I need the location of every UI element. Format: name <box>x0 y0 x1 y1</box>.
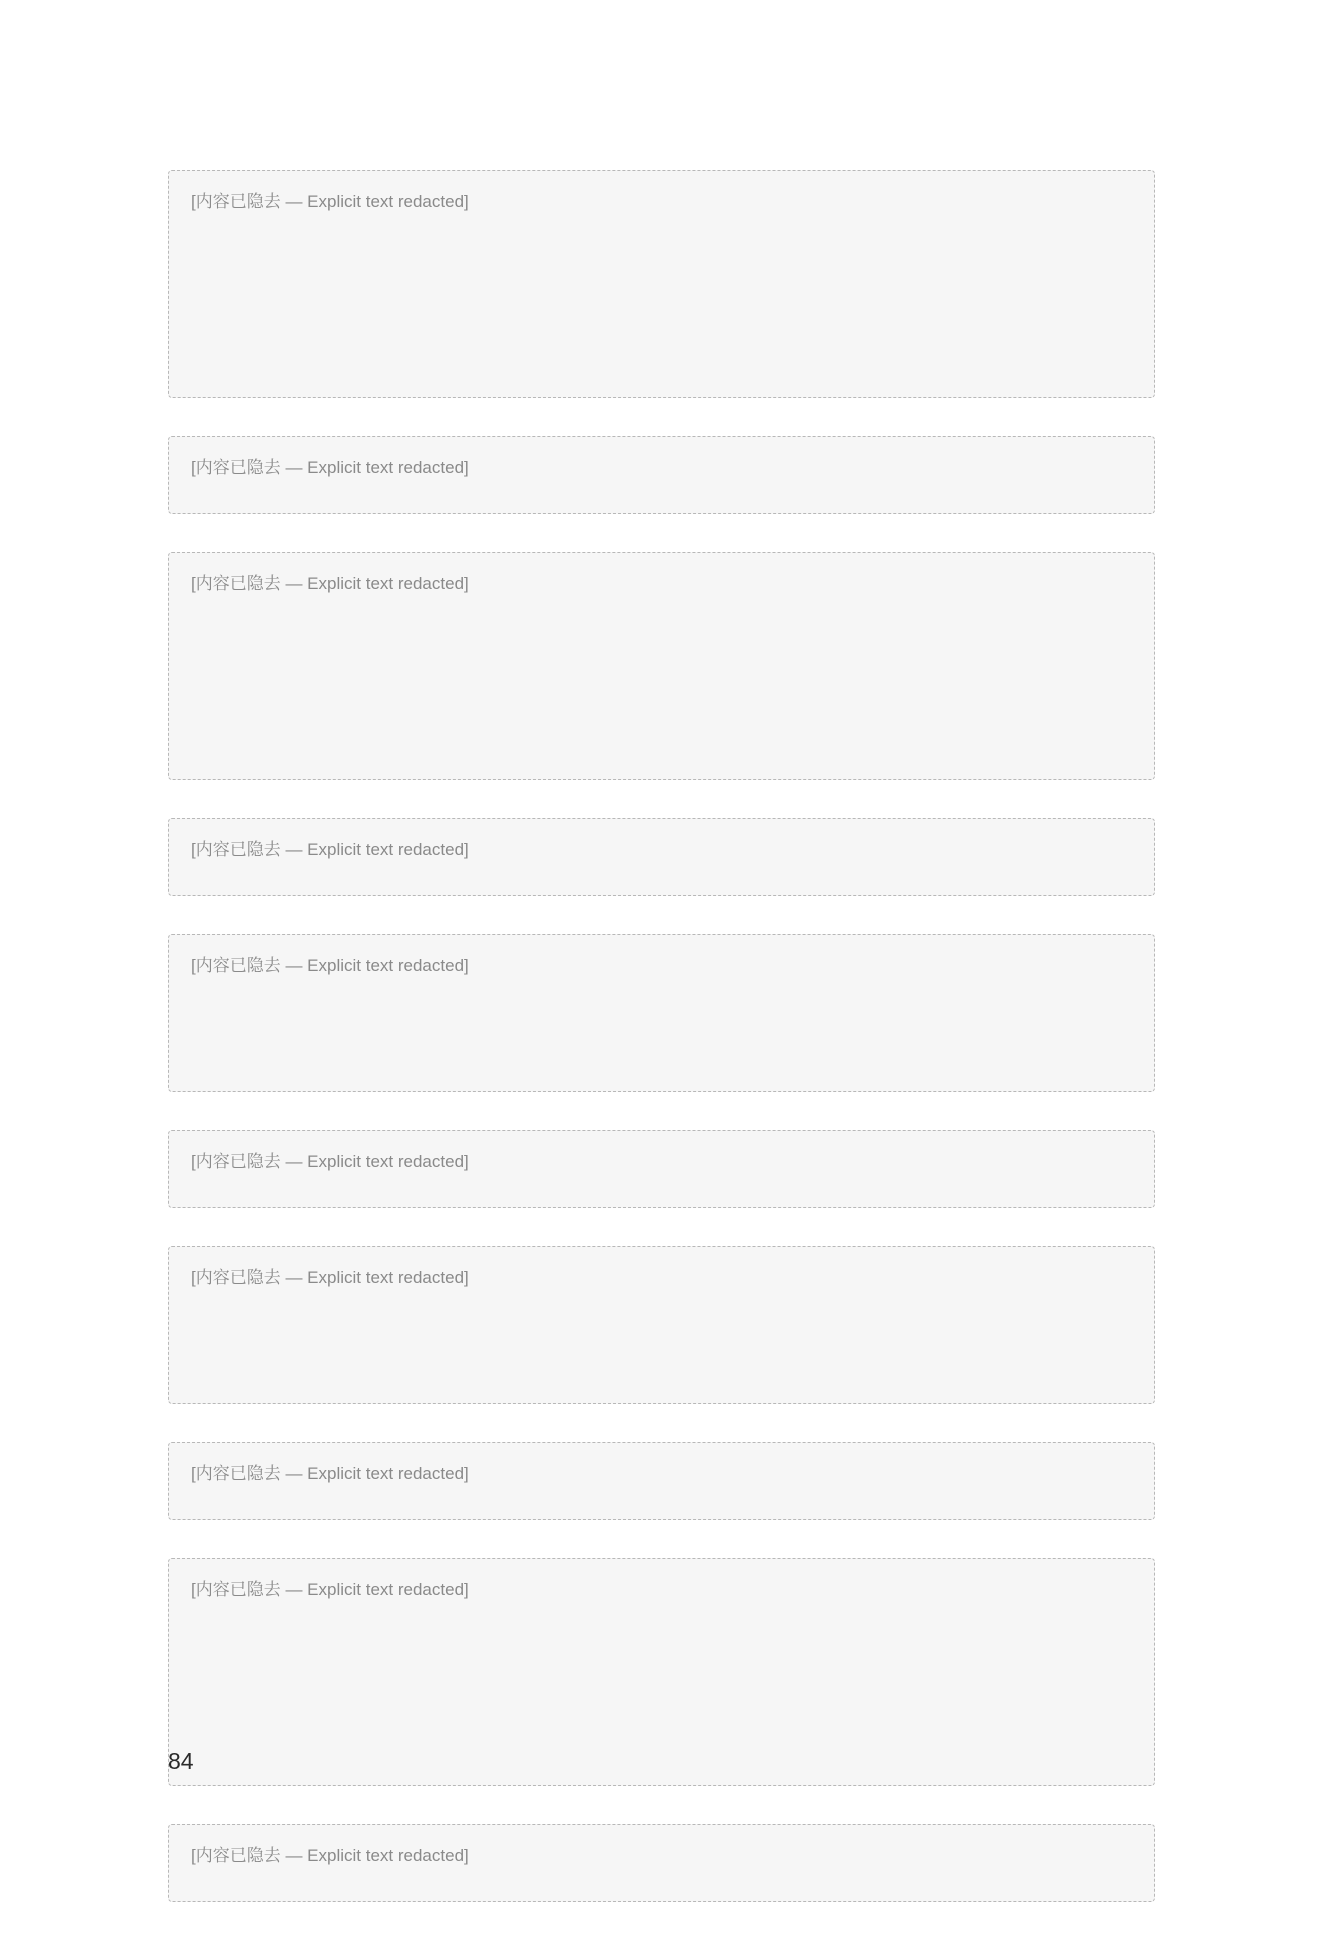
redacted-dialogue: [内容已隐去 — Explicit text redacted] <box>168 1824 1155 1902</box>
redacted-paragraph: [内容已隐去 — Explicit text redacted] <box>168 552 1155 780</box>
redacted-paragraph: [内容已隐去 — Explicit text redacted] <box>168 1246 1155 1404</box>
page-number: 84 <box>168 1748 194 1775</box>
redacted-dialogue: [内容已隐去 — Explicit text redacted] <box>168 1130 1155 1208</box>
redacted-paragraph: [内容已隐去 — Explicit text redacted] <box>168 170 1155 398</box>
redacted-dialogue: [内容已隐去 — Explicit text redacted] <box>168 1442 1155 1520</box>
redacted-dialogue: [内容已隐去 — Explicit text redacted] <box>168 436 1155 514</box>
page-content: [内容已隐去 — Explicit text redacted] [内容已隐去 … <box>168 170 1155 1940</box>
document-page: [内容已隐去 — Explicit text redacted] [内容已隐去 … <box>0 0 1323 1871</box>
redacted-paragraph: [内容已隐去 — Explicit text redacted] <box>168 1558 1155 1786</box>
redacted-paragraph: [内容已隐去 — Explicit text redacted] <box>168 934 1155 1092</box>
redacted-dialogue: [内容已隐去 — Explicit text redacted] <box>168 818 1155 896</box>
